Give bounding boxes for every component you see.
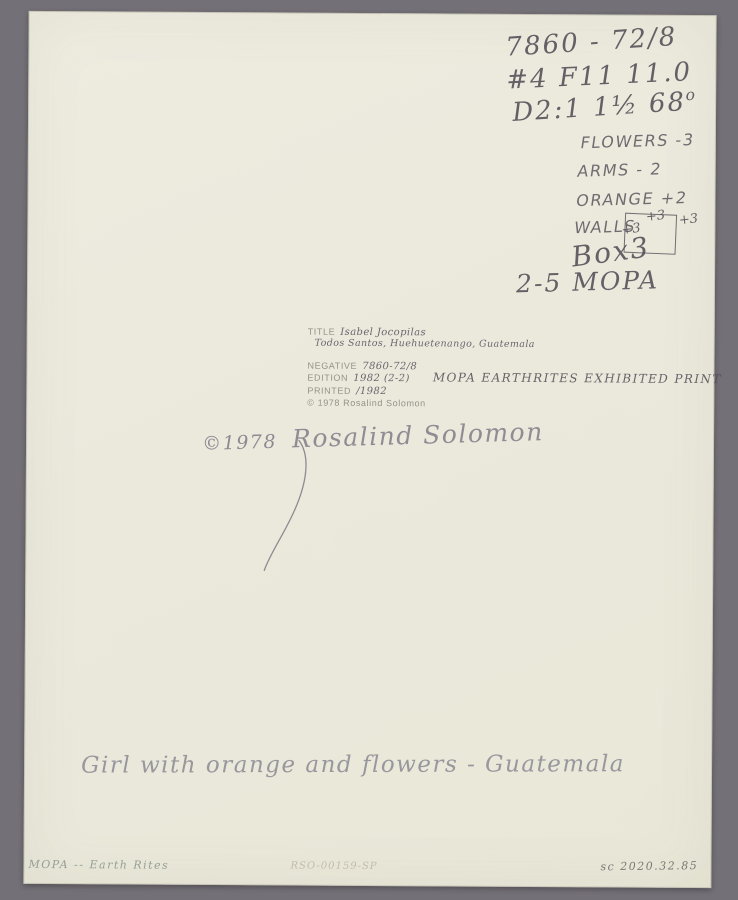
signature-flourish-tail: [236, 438, 327, 579]
edition-exhibit-note: MOPA EARTHRITES EXHIBITED PRINT: [433, 370, 722, 386]
stamp-copyright-row: © 1978 Rosalind Solomon: [307, 391, 426, 411]
negative-number-note: 7860 - 72/8: [505, 22, 678, 63]
caption: Girl with orange and flowers - Guatemala: [81, 751, 625, 778]
edge-note-reference: RSO-00159-SP: [290, 861, 377, 873]
box-plus-top: +3: [645, 208, 666, 225]
adjustment-arms: ARMS - 2: [576, 159, 663, 180]
title-location: Todos Santos, Huehuetenango, Guatemala: [315, 338, 535, 350]
edge-note-accession: sc 2020.32.85: [600, 859, 698, 873]
adjustment-flowers: FLOWERS -3: [579, 130, 696, 152]
signature-name: Rosalind Solomon: [292, 417, 544, 453]
adjustment-orange: ORANGE +2: [575, 188, 689, 210]
photo-verso-scan: 7860 - 72/8 #4 F11 11.0 D2:1 1½ 68o FLOW…: [0, 0, 738, 900]
edge-note-collection: MOPA -- Earth Rites: [28, 858, 169, 872]
stamp-title-location-row: Todos Santos, Huehuetenango, Guatemala: [315, 331, 535, 351]
photo-paper-back: 7860 - 72/8 #4 F11 11.0 D2:1 1½ 68o FLOW…: [23, 11, 716, 888]
copyright-line: © 1978 Rosalind Solomon: [307, 398, 426, 409]
degree-superscript: o: [685, 86, 698, 105]
mopa-count-note: 2-5 MOPA: [516, 265, 660, 298]
box-plus-right: +3: [678, 211, 699, 228]
